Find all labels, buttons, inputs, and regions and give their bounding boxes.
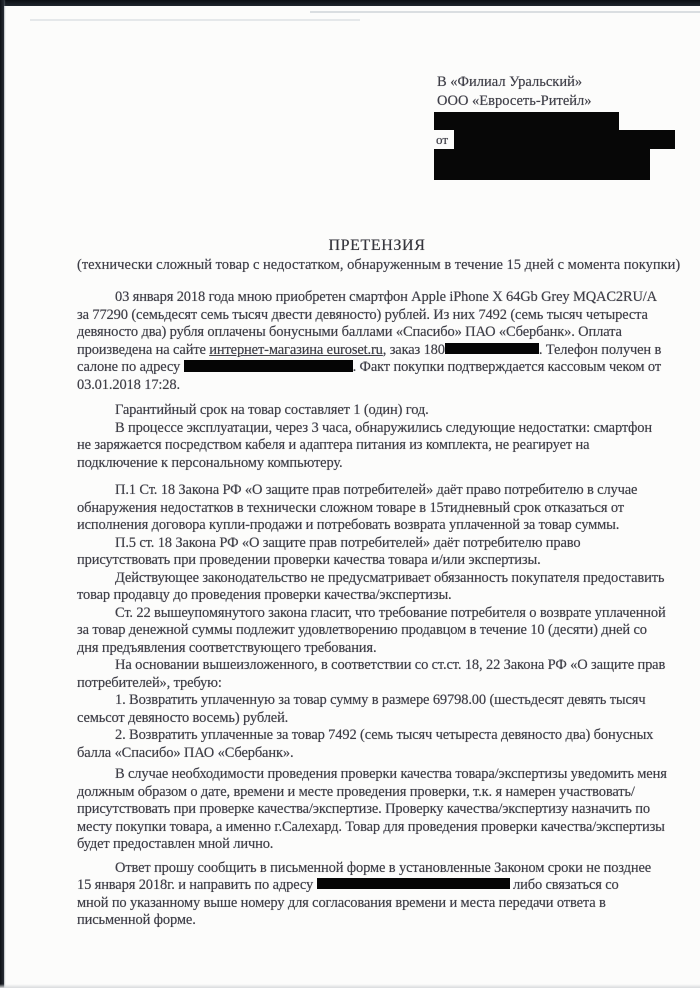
document-subtitle: (технически сложный товар с недостатком,… [77,256,677,275]
para-law-p5-st18: П.5 ст. 18 Закона РФ «О защите прав потр… [77,535,677,570]
text-line: не заряжается посредством кабеля и адапт… [77,437,677,455]
text-segment: либо связаться со [510,877,619,893]
redaction-store-address [184,360,353,372]
scan-edge-top [0,0,700,6]
text-line: В процессе эксплуатации, через 3 часа, о… [77,420,677,438]
claim-body: ПРЕТЕНЗИЯ (технически сложный товар с не… [77,236,677,930]
demand-item-2: 2. Возвратить уплаченные за товар 7492 (… [77,727,677,762]
para-response: Ответ прошу сообщить в письменной форме … [77,860,677,930]
text-line: исполнения договора купли-продажи и потр… [77,517,677,535]
text-line: девяносто два) рубля оплачены бонусными … [77,324,677,342]
scan-streak [30,19,360,21]
text-line: обнаружения недостатков в технически сло… [77,500,677,518]
text-line: Гарантийный срок на товар составляет 1 (… [77,402,677,420]
para-law-p1-st18: П.1 Ст. 18 Закона РФ «О защите прав потр… [77,482,677,535]
text-line: за товар денежной суммы подлежит удовлет… [77,622,677,640]
text-line: 03 января 2018 года мною приобретен смар… [77,289,677,307]
text-line: мной по указанному выше номеру для согла… [77,895,677,913]
text-line: 1. Возвратить уплаченную за товар сумму … [77,692,677,710]
recipient-line-1: В «Филиал Уральский» [434,73,675,92]
euroset-link: интернет-магазина euroset.ru [209,342,382,358]
text-line: товар продавцу до проведения проверки ка… [77,587,677,605]
para-law-st22: Ст. 22 вышеупомянутого закона гласит, чт… [77,605,677,658]
para-law-provision: Действующее законодательство не предусма… [77,570,677,605]
scanned-claim-document: В «Филиал Уральский» ООО «Евросеть-Ритей… [0,0,700,988]
text-line: П.1 Ст. 18 Закона РФ «О защите прав потр… [77,482,677,500]
text-line: В случае необходимости проведения провер… [77,766,677,784]
para-demands-intro: На основании вышеизложенного, в соответс… [77,657,677,692]
recipient-line-2: ООО «Евросеть-Ритейл» [434,92,675,111]
text-segment: салоне по адресу [77,359,184,375]
scan-shadow-bottom [0,984,700,988]
text-line: Ст. 22 вышеупомянутого закона гласит, чт… [77,605,677,623]
text-line: 15 января 2018г. и направить по адресу л… [77,877,677,895]
text-line: 03.01.2018 17:28. [77,377,677,395]
text-line: дня предъявления соответствующего требов… [77,640,677,658]
sender-row: от [434,130,675,149]
text-line: потребителей», требую: [77,675,677,693]
text-segment: . Факт покупки подтверждается кассовым ч… [353,359,661,375]
redaction-order-number [445,343,539,354]
from-label: от [434,130,454,149]
para-inspection: В случае необходимости проведения провер… [77,766,677,854]
para-purchase: 03 января 2018 года мною приобретен смар… [77,289,677,394]
document-title: ПРЕТЕНЗИЯ [77,236,677,255]
redaction-sender-name [454,130,675,149]
text-line: должным образом о дате, времени и месте … [77,784,677,802]
scan-edge-left [0,0,4,988]
text-line: На основании вышеизложенного, в соответс… [77,657,677,675]
demand-item-1: 1. Возвратить уплаченную за товар сумму … [77,692,677,727]
para-warranty: Гарантийный срок на товар составляет 1 (… [77,402,677,420]
redaction-mail-address [317,878,510,889]
text-line: П.5 ст. 18 Закона РФ «О защите прав потр… [77,535,677,553]
text-line: письменной форме. [77,912,677,930]
text-line: присутствовать при проведении проверки к… [77,552,677,570]
text-line: присутствовать при проверке качества/экс… [77,801,677,819]
text-line: за 77290 (семьдесят семь тысяч двести де… [77,307,677,325]
text-line: Ответ прошу сообщить в письменной форме … [77,860,677,878]
text-line: семьсот девяносто восемь) рублей. [77,710,677,728]
text-line: подключение к персональному компьютеру. [77,455,677,473]
text-line: месту покупки товара, а именно г.Салехар… [77,819,677,837]
text-segment: 15 января 2018г. и направить по адресу [77,877,317,893]
text-line: будет предоставлен мной лично. [77,836,677,854]
text-line: салоне по адресу . Факт покупки подтверж… [77,359,677,377]
text-line: 2. Возвратить уплаченные за товар 7492 (… [77,727,677,745]
text-line: произведена на сайте интернет-магазина e… [77,342,677,360]
text-segment: произведена на сайте [77,342,209,358]
recipient-block: В «Филиал Уральский» ООО «Евросеть-Ритей… [434,73,675,180]
redaction-recipient-1 [434,112,619,130]
para-defects: В процессе эксплуатации, через 3 часа, о… [77,420,677,473]
text-segment: , заказ 180 [383,342,445,358]
text-segment: . Телефон получен в [539,342,661,358]
text-line: балла «Спасибо» ПАО «Сбербанк». [77,745,677,763]
redaction-sender-contacts [434,149,650,180]
text-line: Действующее законодательство не предусма… [77,570,677,588]
scan-streak [310,11,700,13]
